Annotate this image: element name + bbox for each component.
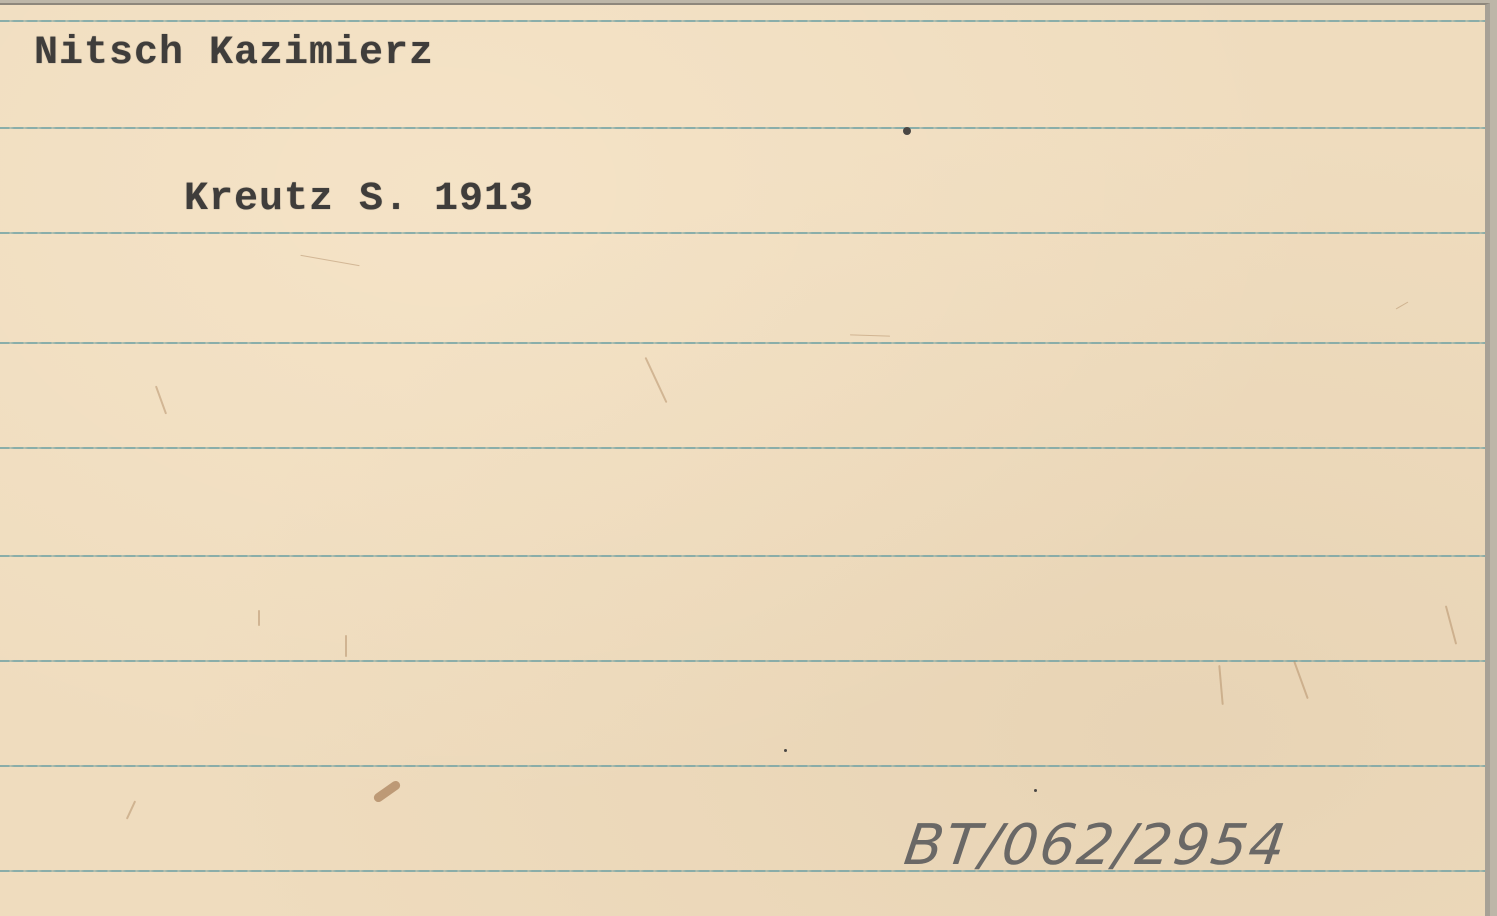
ruled-line <box>0 232 1485 234</box>
index-card: Nitsch Kazimierz Kreutz S. 1913 BT/062/2… <box>0 3 1490 916</box>
paper-fiber <box>1218 665 1223 705</box>
paper-fiber <box>300 255 359 266</box>
ink-speck <box>1034 789 1037 792</box>
ruled-line <box>0 127 1485 129</box>
bibliographic-reference: Kreutz S. 1913 <box>184 177 534 222</box>
ink-dot <box>903 127 911 135</box>
catalog-signature: BT/062/2954 <box>900 813 1291 878</box>
ruled-line <box>0 20 1485 22</box>
paper-fiber <box>126 801 136 820</box>
ruled-line <box>0 765 1485 767</box>
ink-speck <box>784 749 787 752</box>
paper-fiber <box>258 610 260 626</box>
paper-stain <box>372 779 402 804</box>
paper-fiber <box>850 334 890 336</box>
ruled-line <box>0 447 1485 449</box>
paper-fiber <box>1445 605 1457 644</box>
paper-fiber <box>1396 302 1409 310</box>
paper-fiber <box>1293 661 1309 699</box>
paper-fiber <box>645 357 668 403</box>
ruled-line <box>0 660 1485 662</box>
paper-fiber <box>155 386 167 415</box>
paper-fiber <box>345 635 347 657</box>
ruled-line <box>0 555 1485 557</box>
author-name: Nitsch Kazimierz <box>34 31 434 76</box>
ruled-line <box>0 342 1485 344</box>
